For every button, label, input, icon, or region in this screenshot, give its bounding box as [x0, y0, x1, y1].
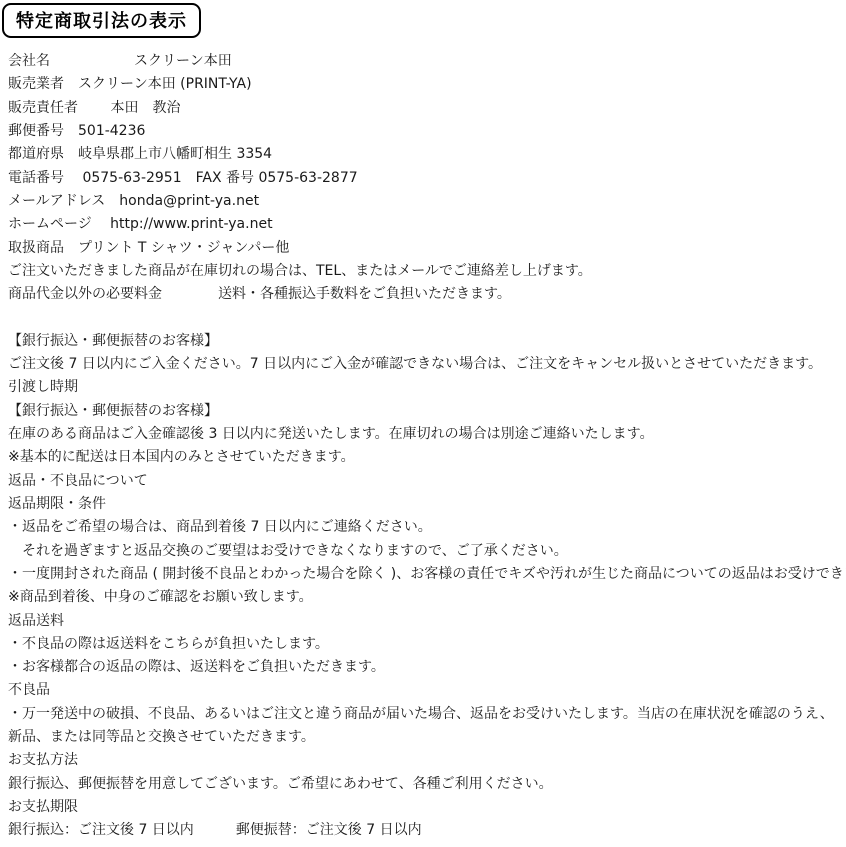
text-line: 【銀行振込・郵便振替のお客様】 [8, 330, 846, 353]
page-title: 特定商取引法の表示 [16, 11, 187, 32]
text-line: お支払方法 [8, 749, 846, 772]
text-line: 銀行振込：ご注文後 7 日以内 郵便振替：ご注文後 7 日以内 [8, 819, 846, 842]
tokushoho-page: 特定商取引法の表示 会社名 スクリーン本田販売業者 スクリーン本田 (PRINT… [0, 0, 846, 847]
text-line: 商品代金以外の必要料金 送料・各種振込手数料をご負担いただきます。 [8, 283, 846, 306]
text-line: 返品期限・条件 [8, 493, 846, 516]
text-line: ホームページ http://www.print-ya.net [8, 213, 846, 236]
text-line: ・一度開封された商品 ( 開封後不良品とわかった場合を除く )、お客様の責任でキ… [8, 563, 846, 586]
text-line: 【銀行振込・郵便振替のお客様】 [8, 400, 846, 423]
page-title-box: 特定商取引法の表示 [2, 3, 201, 38]
text-line: ※商品到着後、中身のご確認をお願い致します。 [8, 586, 846, 609]
text-line [8, 306, 846, 329]
text-line: 取扱商品 プリント T シャツ・ジャンパー他 [8, 237, 846, 260]
text-line: ・不良品の際は返送料をこちらが負担いたします。 [8, 633, 846, 656]
text-line: ※基本的に配送は日本国内のみとさせていただきます。 [8, 446, 846, 469]
text-line: ・お客様都合の返品の際は、返送料をご負担いただきます。 [8, 656, 846, 679]
text-line: 郵便番号 501-4236 [8, 120, 846, 143]
text-line: 銀行振込、郵便振替を用意してございます。ご希望にあわせて、各種ご利用ください。 [8, 773, 846, 796]
text-line: ご注文後 7 日以内にご入金ください。7 日以内にご入金が確認できない場合は、ご… [8, 353, 846, 376]
text-line: 在庫のある商品はご入金確認後 3 日以内に発送いたします。在庫切れの場合は別途ご… [8, 423, 846, 446]
text-line: 販売業者 スクリーン本田 (PRINT-YA) [8, 73, 846, 96]
text-line: 都道府県 岐阜県郡上市八幡町相生 3354 [8, 143, 846, 166]
text-line: 引渡し時期 [8, 376, 846, 399]
text-line: お支払期限 [8, 796, 846, 819]
text-line: メールアドレス honda@print-ya.net [8, 190, 846, 213]
text-line: 会社名 スクリーン本田 [8, 50, 846, 73]
text-line: 電話番号 0575-63-2951 FAX 番号 0575-63-2877 [8, 167, 846, 190]
text-line: ご注文いただきました商品が在庫切れの場合は、TEL、またはメールでご連絡差し上げ… [8, 260, 846, 283]
text-line: 返品送料 [8, 610, 846, 633]
text-line: ・返品をご希望の場合は、商品到着後 7 日以内にご連絡ください。 [8, 516, 846, 539]
text-line: それを過ぎますと返品交換のご要望はお受けできなくなりますので、ご了承ください。 [8, 540, 846, 563]
text-line: 不良品 [8, 679, 846, 702]
text-line: 販売責任者 本田 教治 [8, 97, 846, 120]
text-line: 返品・不良品について [8, 470, 846, 493]
text-line: 新品、または同等品と交換させていただきます。 [8, 726, 846, 749]
text-line: ・万一発送中の破損、不良品、あるいはご注文と違う商品が届いた場合、返品をお受けい… [8, 703, 846, 726]
document-body: 会社名 スクリーン本田販売業者 スクリーン本田 (PRINT-YA)販売責任者 … [8, 50, 846, 843]
